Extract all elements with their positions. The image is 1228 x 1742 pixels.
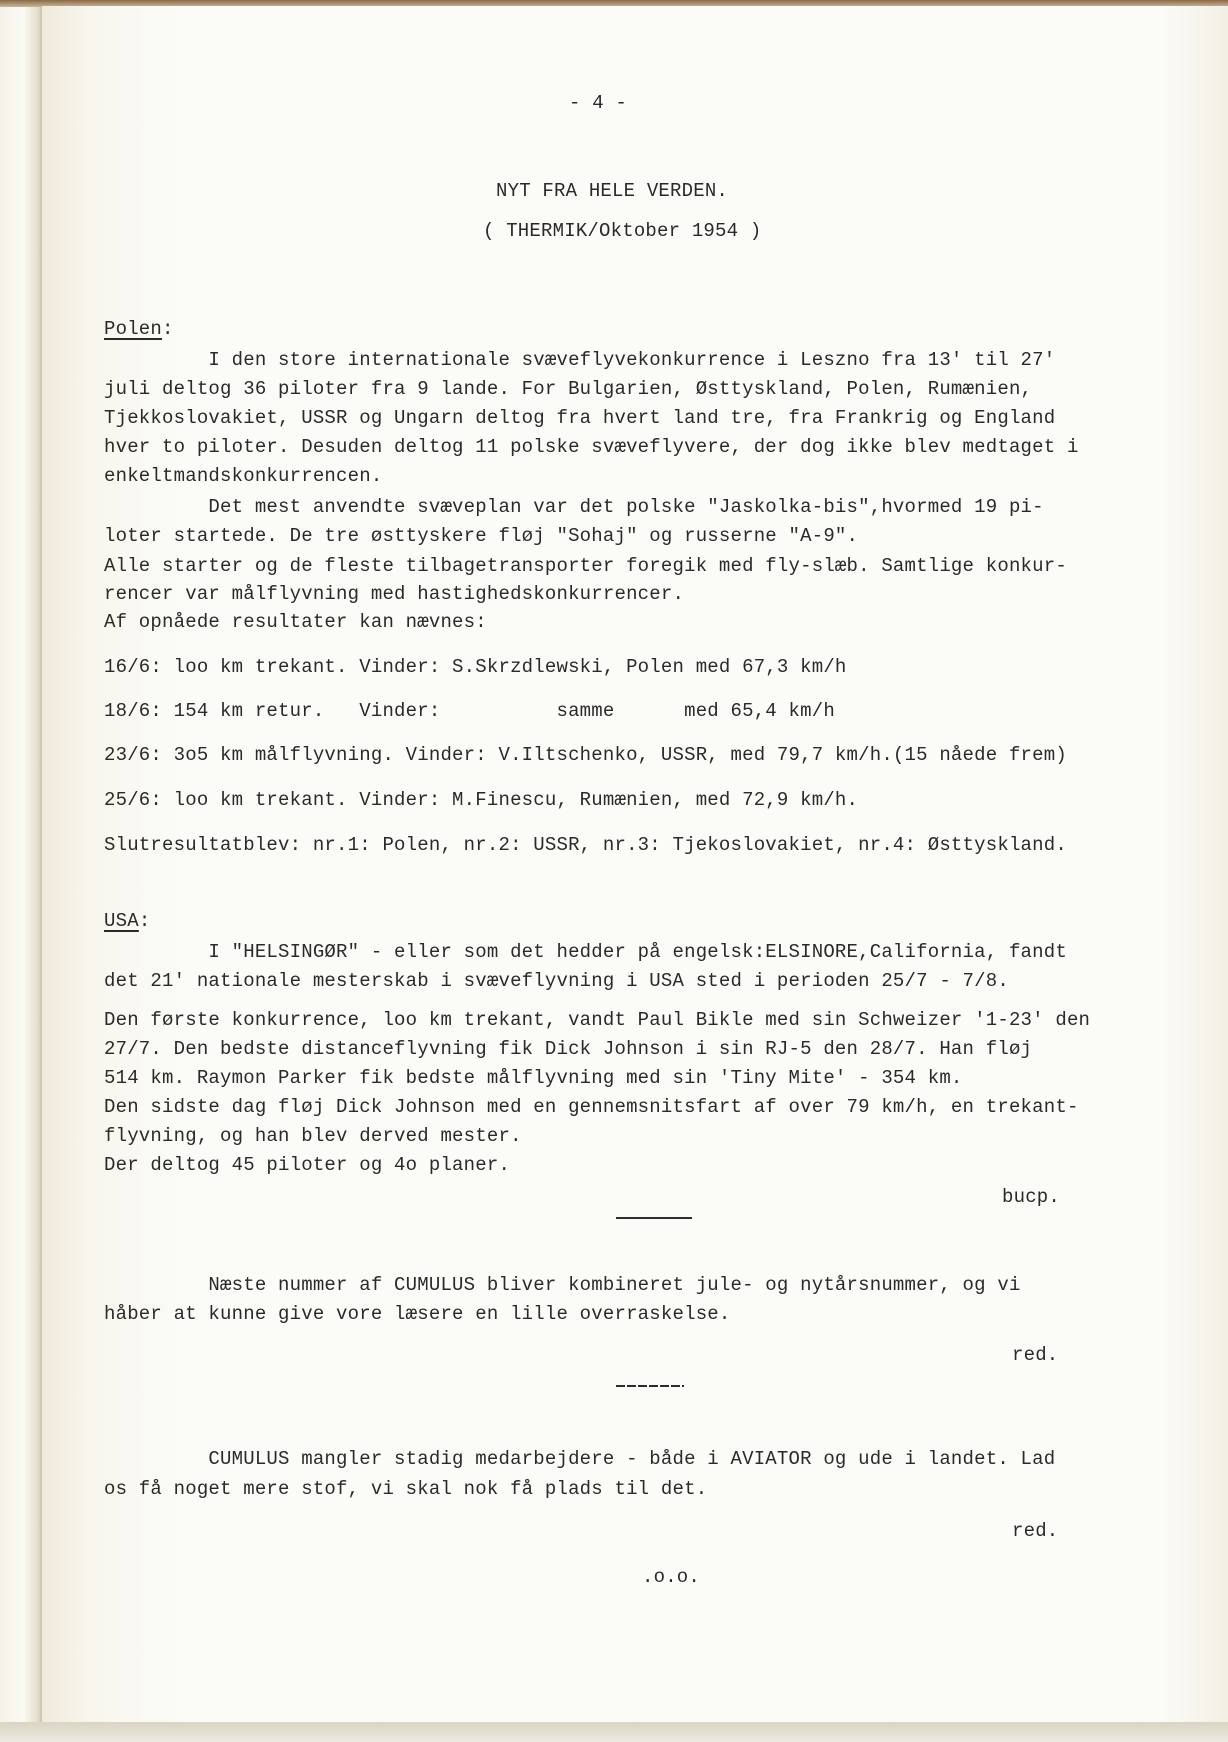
result-line: 18/6: 154 km retur. Vinder: samme med 65…	[104, 700, 835, 722]
page-number: - 4 -	[569, 92, 627, 114]
usa-paragraph-line: 27/7. Den bedste distanceflyvning fik Di…	[104, 1038, 1032, 1060]
page-subtitle: ( THERMIK/Oktober 1954 )	[483, 220, 761, 242]
usa-paragraph-line: det 21' nationale mesterskab i svæveflyv…	[104, 970, 1009, 992]
document-page: - 4 - NYT FRA HELE VERDEN. ( THERMIK/Okt…	[42, 6, 1228, 1732]
binder-edge	[0, 0, 43, 1742]
polen-paragraph-line: Tjekkoslovakiet, USSR og Ungarn deltog f…	[104, 407, 1055, 429]
result-line: 25/6: loo km trekant. Vinder: M.Finescu,…	[104, 789, 858, 811]
polen-paragraph-line: I den store internationale svæveflyvekon…	[104, 349, 1055, 371]
polen-paragraph-line: rencer var målflyvning med hastighedskon…	[104, 583, 684, 605]
notice-line: håber at kunne give vore læsere en lille…	[104, 1303, 731, 1325]
section-heading-usa: USA:	[104, 910, 150, 932]
polen-paragraph-line: hver to piloter. Desuden deltog 11 polsk…	[104, 436, 1079, 458]
section-heading-polen: Polen:	[104, 318, 174, 340]
page-title: NYT FRA HELE VERDEN.	[496, 180, 728, 202]
polen-paragraph-line: Af opnåede resultater kan nævnes:	[104, 611, 487, 633]
notice-signature: red.	[1012, 1520, 1058, 1542]
usa-paragraph-line: Der deltog 45 piloter og 4o planer.	[104, 1154, 510, 1176]
usa-paragraph-line: 514 km. Raymon Parker fik bedste målflyv…	[104, 1067, 963, 1089]
usa-paragraph-line: Den sidste dag fløj Dick Johnson med en …	[104, 1096, 1079, 1118]
end-mark: .o.o.	[642, 1566, 700, 1588]
notice-line: CUMULUS mangler stadig medarbejdere - bå…	[104, 1448, 1055, 1470]
usa-paragraph-line: I "HELSINGØR" - eller som det hedder på …	[104, 941, 1067, 963]
final-result-line: Slutresultatblev: nr.1: Polen, nr.2: USS…	[104, 834, 1067, 856]
polen-paragraph-line: enkeltmandskonkurrencen.	[104, 465, 382, 487]
polen-paragraph-line: Alle starter og de fleste tilbagetranspo…	[104, 555, 1067, 577]
notice-line: os få noget mere stof, vi skal nok få pl…	[104, 1478, 707, 1500]
notice-divider	[616, 1385, 684, 1387]
notice-signature: red.	[1012, 1344, 1058, 1366]
section-divider	[616, 1217, 692, 1219]
usa-paragraph-line: flyvning, og han blev derved mester.	[104, 1125, 522, 1147]
usa-paragraph-line: Den første konkurrence, loo km trekant, …	[104, 1009, 1090, 1031]
page-bottom-edge	[0, 1722, 1228, 1742]
result-line: 16/6: loo km trekant. Vinder: S.Skrzdlew…	[104, 656, 847, 678]
notice-line: Næste nummer af CUMULUS bliver kombinere…	[104, 1274, 1021, 1296]
polen-paragraph-line: juli deltog 36 piloter fra 9 lande. For …	[104, 378, 1032, 400]
usa-signature: bucp.	[1002, 1186, 1060, 1208]
polen-paragraph-line: loter startede. De tre østtyskere fløj "…	[104, 525, 858, 547]
result-line: 23/6: 3o5 km målflyvning. Vinder: V.Ilts…	[104, 744, 1067, 766]
polen-paragraph-line: Det mest anvendte svæveplan var det pols…	[104, 496, 1044, 518]
